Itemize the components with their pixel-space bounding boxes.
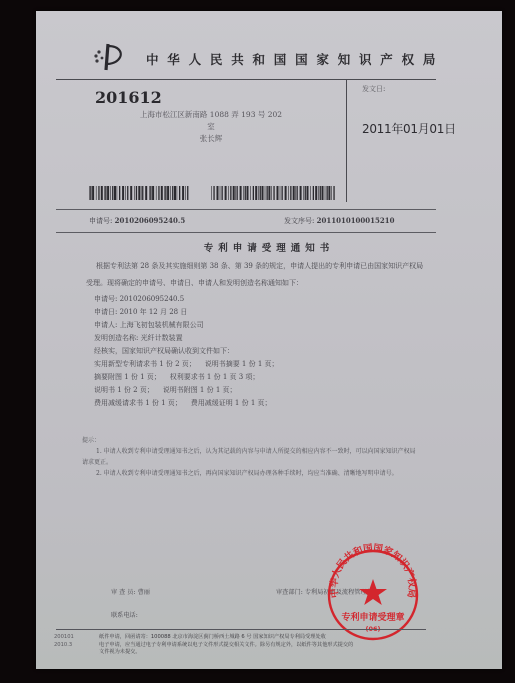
header-rule: [56, 79, 436, 80]
cnipa-logo-icon: [90, 40, 130, 76]
issue-date: 2011年01月01日: [362, 120, 456, 137]
application-no-label: 申请号:: [89, 217, 112, 225]
barcode-rule: [56, 209, 436, 210]
field-applicant: 申请人: 上海飞初包装机械有限公司: [94, 319, 424, 332]
seal-star-icon: [359, 579, 387, 605]
recipient-address-block: 上海市松江区新南路 1088 弄 193 号 202 室 张长辉: [136, 109, 286, 145]
barcode-left: [89, 186, 189, 200]
document-line: 费用减缓请求书 1 份 1 页； 费用减缓证明 1 份 1 页；: [94, 397, 424, 410]
field-invention-title: 发明创造名称: 光纤计数装置: [94, 332, 424, 345]
form-code: 200101 2010.3: [54, 634, 74, 649]
intro-line: 受理。现将确定的申请号、申请日、申请人和发明创造名称通知如下：: [86, 275, 434, 292]
field-application-no: 申请号: 2010206095240.5: [94, 293, 424, 306]
intro-line: 根据专利法第 28 条及其实施细则第 38 条、第 39 条的规定，申请人提出的…: [94, 258, 434, 275]
dispatch-serial: 2011010100015210: [317, 216, 395, 225]
recipient-name: 张长辉: [136, 133, 286, 145]
notice-document: 中华人民共和国国家知识产权局 201612 上海市松江区新南路 1088 弄 1…: [36, 11, 502, 669]
application-no-row: 申请号: 2010206095240.5: [89, 216, 185, 226]
document-line: 说明书 1 份 2 页； 说明书附图 1 份 1 页；: [94, 384, 424, 397]
barcode-right: [211, 186, 336, 200]
note-item-continued: 请求更正。: [82, 457, 452, 468]
examiner-name: 曹丽: [138, 589, 150, 596]
application-no: 2010206095240.5: [115, 216, 186, 225]
note-item: 2. 申请人收到专利申请受理通知书之后，再向国家知识产权局办理各种手续时，均应当…: [82, 468, 452, 479]
column-divider: [346, 79, 347, 202]
dispatch-serial-label: 发文序号:: [284, 217, 314, 225]
recipient-address: 上海市松江区新南路 1088 弄 193 号 202 室: [136, 109, 286, 133]
mailing-code: 201612: [95, 88, 162, 107]
examiner-label: 审 查 员:: [111, 589, 136, 596]
department-label: 审查部门:: [276, 589, 303, 596]
note-item: 1. 申请人收到专利申请受理通知书之后，认为其记载的内容与申请人所提交的相应内容…: [82, 446, 452, 457]
documents-intro: 经核实，国家知识产权局确认收到文件如下：: [94, 345, 424, 358]
application-fields: 申请号: 2010206095240.5 申请日: 2010 年 12 月 28…: [94, 293, 424, 410]
document-title: 专利申请受理通知书: [36, 240, 502, 254]
info-rule: [56, 232, 436, 233]
seal-caption: 专利申请受理章: [341, 611, 404, 623]
document-line: 实用新型专利请求书 1 份 2 页； 说明书摘要 1 份 1 页；: [94, 358, 424, 371]
phone-label: 联系电话:: [111, 609, 138, 622]
agency-name: 中华人民共和国国家知识产权局: [146, 50, 444, 68]
issue-date-label: 发文日:: [362, 84, 385, 94]
footer-notice: 纸件申请，回函请寄：100088 北京市海淀区蓟门桥西土城路 6 号 国家知识产…: [99, 634, 439, 657]
footer-rule: [56, 629, 426, 630]
document-line: 摘要附图 1 份 1 页； 权利要求书 1 份 1 页 3 项；: [94, 371, 424, 384]
intro-paragraph: 根据专利法第 28 条及其实施细则第 38 条、第 39 条的规定，申请人提出的…: [94, 258, 434, 292]
notes-section: 提示： 1. 申请人收到专利申请受理通知书之后，认为其记载的内容与申请人所提交的…: [82, 435, 452, 479]
notes-label: 提示：: [82, 435, 452, 446]
dispatch-serial-row: 发文序号: 2011010100015210: [284, 216, 395, 226]
field-filing-date: 申请日: 2010 年 12 月 28 日: [94, 306, 424, 319]
examiner-row: 审 查 员: 曹丽: [111, 586, 150, 599]
official-seal-stamp: 中华人民共和国国家知识产权局 专利申请受理章 (06): [321, 543, 425, 643]
